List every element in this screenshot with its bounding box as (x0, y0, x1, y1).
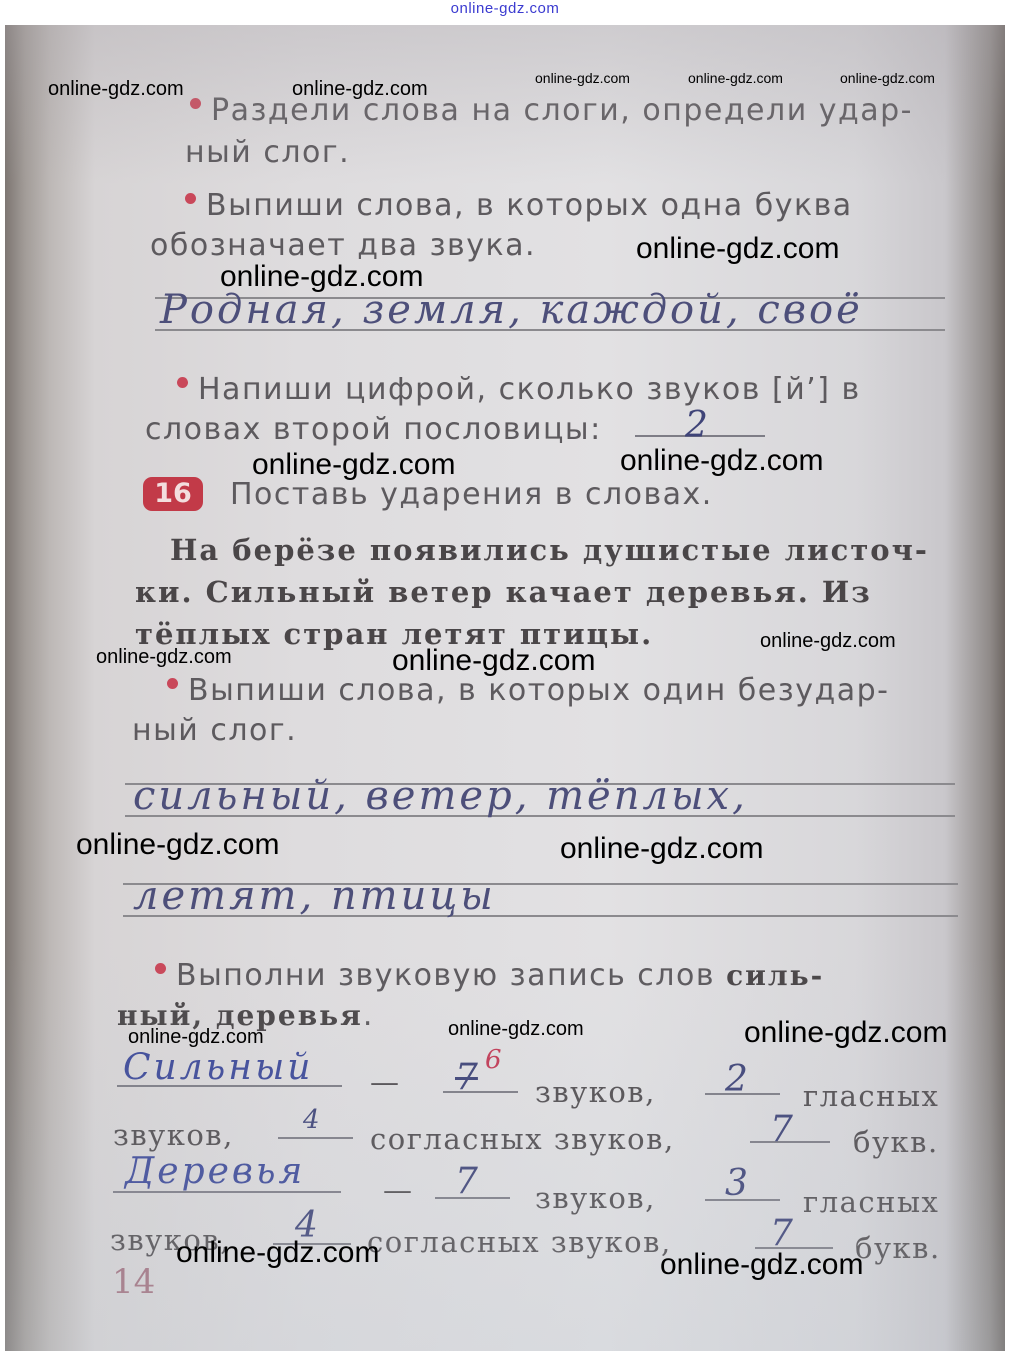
vowels-count: 2 (725, 1059, 748, 1100)
dash: — (370, 1065, 401, 1099)
consonants-count: 4 (303, 1105, 320, 1135)
watermark: online-gdz.com (636, 232, 839, 266)
instruction-text: Выпиши слова, в которых одна буква (206, 188, 853, 223)
task16-bullet-1-line-2: ный слог. (132, 713, 297, 748)
bold-word: силь- (726, 959, 824, 992)
period: . (363, 998, 374, 1033)
label-sounds: звуков, (535, 1075, 656, 1109)
letters-count: 7 (770, 1109, 793, 1150)
word-silnyy-handwritten: Сильный (123, 1047, 313, 1088)
watermark: online-gdz.com (96, 646, 232, 669)
watermark: online-gdz.com (620, 444, 823, 478)
answer-blank (278, 1137, 353, 1139)
watermark: online-gdz.com (48, 78, 184, 101)
watermark: online-gdz.com (392, 644, 595, 678)
label-letters: букв. (853, 1125, 939, 1159)
task-bullet-1-line-2: ный слог. (185, 135, 350, 170)
task16-bullet-2-line-1: Выполни звуковую запись слов силь- (155, 958, 824, 993)
instruction-text: Выполни звуковую запись слов (176, 958, 715, 993)
workbook-page-photo: Раздели слова на слоги, определи удар- н… (5, 25, 1005, 1351)
watermark: online-gdz.com (76, 828, 279, 862)
watermark: online-gdz.com (128, 1026, 264, 1049)
task16-bullet-1-line-1: Выпиши слова, в которых один безудар- (167, 673, 889, 708)
watermark: online-gdz.com (688, 70, 783, 86)
dash: — (383, 1173, 414, 1207)
bullet-icon (177, 377, 188, 388)
answer-blank (113, 1191, 341, 1193)
label-vowels: гласных (803, 1079, 939, 1113)
vowels-count: 3 (725, 1163, 748, 1204)
instruction-text: Выпиши слова, в которых один безудар- (188, 673, 889, 708)
label-consonants: согласных звуков, (367, 1225, 672, 1259)
page-number: 14 (112, 1262, 155, 1302)
answer-blank (117, 1085, 342, 1087)
word-derevya-handwritten: Деревья (125, 1151, 305, 1192)
bullet-icon (190, 98, 201, 109)
watermark: online-gdz.com (560, 832, 763, 866)
label-consonants: согласных звуков, (370, 1122, 675, 1156)
watermark: online-gdz.com (448, 1018, 584, 1041)
watermark: online-gdz.com (220, 260, 423, 294)
exercise-text-line-2: ки. Сильный ветер качает деревья. Из (135, 575, 872, 609)
task-bullet-3-line-2: словах второй пословицы: (145, 412, 602, 447)
watermark: online-gdz.com (840, 70, 935, 86)
label-sounds: звуков, (113, 1118, 234, 1152)
bullet-icon (155, 963, 166, 974)
task-number-badge: 16 (143, 477, 203, 511)
sounds-count: 7 (455, 1161, 478, 1202)
top-watermark: online-gdz.com (0, 0, 1010, 24)
watermark: online-gdz.com (760, 630, 896, 653)
watermark: online-gdz.com (252, 448, 455, 482)
task-bullet-2-line-1: Выпиши слова, в которых одна буква (185, 188, 853, 223)
handwritten-count: 2 (685, 405, 708, 446)
label-letters: букв. (855, 1231, 941, 1265)
instruction-text: Напиши цифрой, сколько звуков [й’] в (198, 372, 861, 407)
handwritten-answer-line-1: сильный, ветер, тёплых, (133, 773, 748, 819)
task-bullet-2-line-2: обозначает два звука. (150, 228, 536, 263)
bullet-icon (167, 678, 178, 689)
corrected-sounds-count: 6 (485, 1045, 502, 1075)
task-bullet-3-line-1: Напиши цифрой, сколько звуков [й’] в (177, 372, 861, 407)
watermark: online-gdz.com (660, 1248, 863, 1282)
task-title: Поставь ударения в словах. (230, 477, 713, 512)
exercise-text-line-1: На берёзе появились душистые листоч- (170, 533, 929, 567)
struck-sounds-count: 7 (455, 1057, 478, 1098)
watermark: online-gdz.com (292, 78, 428, 101)
label-vowels: гласных (803, 1185, 939, 1219)
label-sounds: звуков, (535, 1181, 656, 1215)
bullet-icon (185, 193, 196, 204)
watermark: online-gdz.com (744, 1016, 947, 1050)
handwritten-answer-line-2: летят, птицы (133, 873, 496, 919)
watermark: online-gdz.com (176, 1236, 379, 1270)
watermark: online-gdz.com (535, 70, 630, 86)
